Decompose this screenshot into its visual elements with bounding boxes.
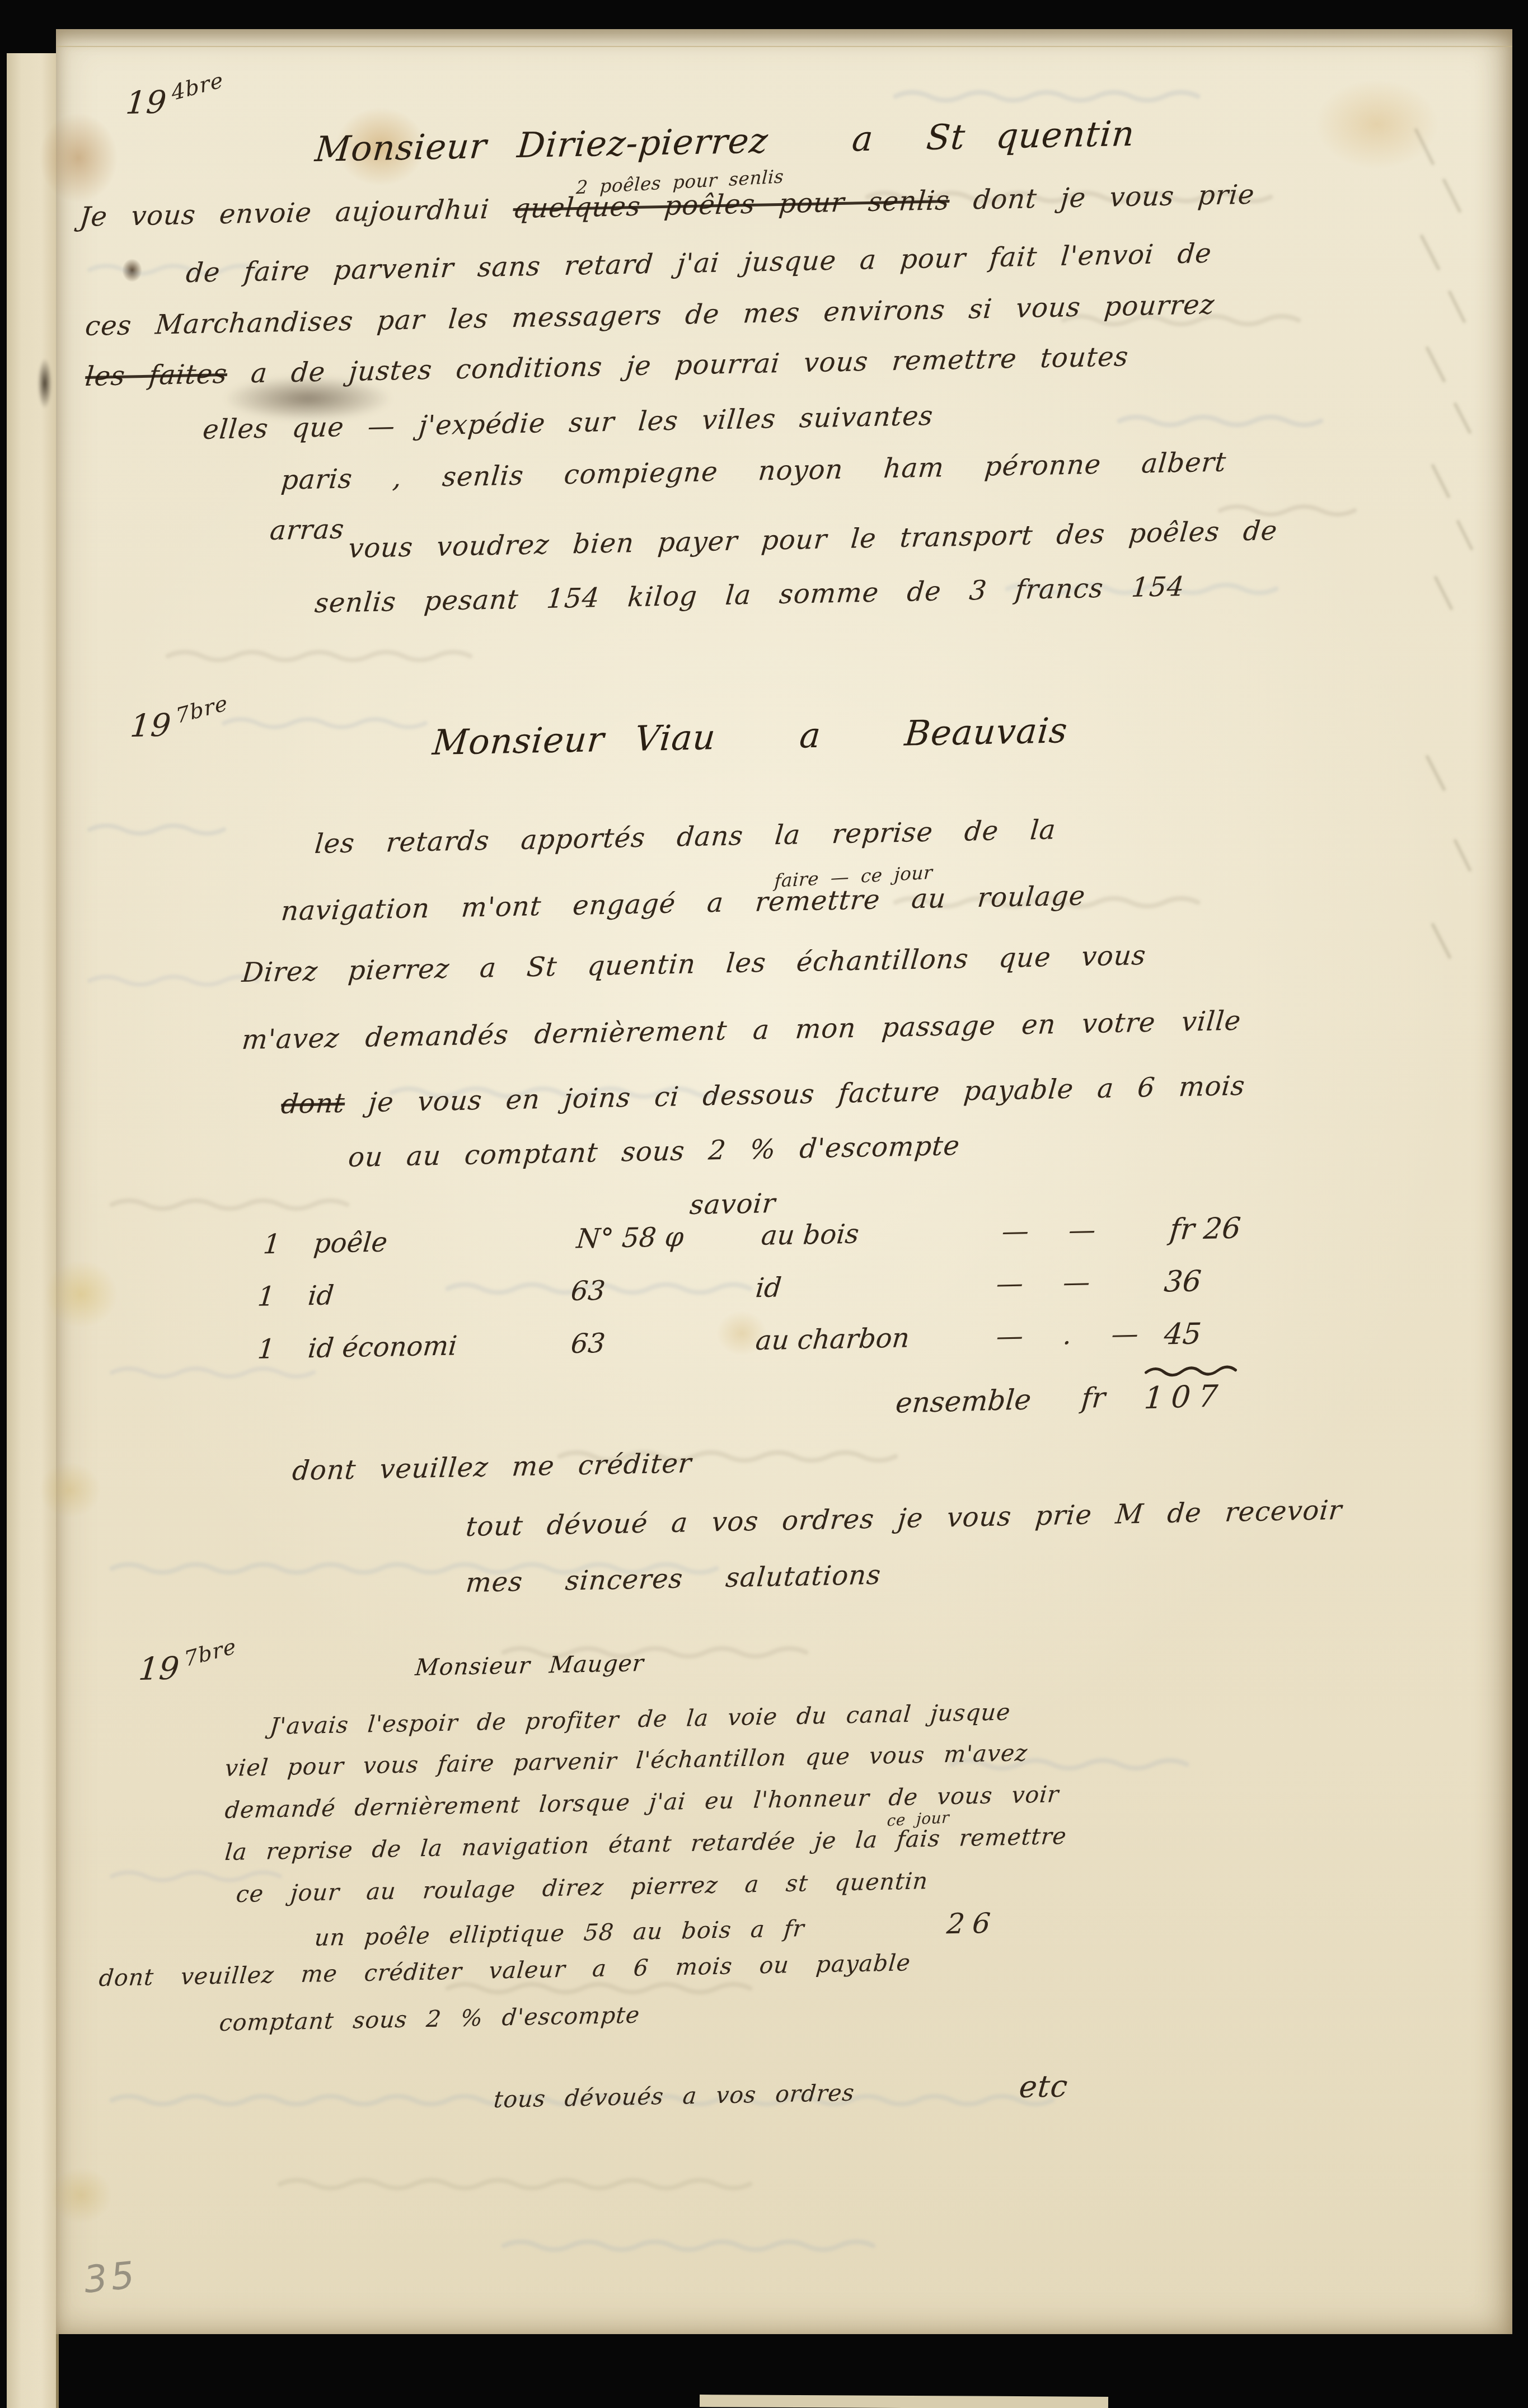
heading-preposition: a bbox=[798, 715, 823, 756]
invoice-qty: 1 bbox=[256, 1333, 309, 1367]
book-fore-edge bbox=[7, 53, 59, 2408]
closing-line: tous dévoués a vos ordres etc bbox=[493, 2068, 1070, 2115]
body-line: vous voudrez bien payer pour le transpor… bbox=[347, 515, 1279, 564]
line-text: Je vous envoie aujourdhui bbox=[78, 194, 491, 233]
correction-stack: faire — ce jour remettre bbox=[754, 884, 882, 917]
heading-preposition: a bbox=[850, 118, 875, 160]
invoice-desc: poêle bbox=[312, 1223, 578, 1261]
body-line: navigation m'ont engagé a faire — ce jou… bbox=[280, 880, 1087, 927]
correction-stack: ce jour la fais remettre bbox=[855, 1823, 1068, 1853]
body-line: un poêle elliptique 58 au bois a fr 26 bbox=[313, 1906, 1000, 1952]
invoice-qty: 1 bbox=[256, 1280, 309, 1315]
addressee-place: St quentin bbox=[925, 113, 1136, 158]
body-line: dont je vous en joins ci dessous facture… bbox=[280, 1070, 1246, 1120]
invoice-dash-leader: — — bbox=[1000, 1213, 1171, 1249]
letter-heading: Monsieur Diriez-pierrezaSt quentin bbox=[313, 113, 1136, 170]
body-line: Je vous envoie aujourdhui 2 poêles pour … bbox=[78, 179, 1256, 233]
body-line: la reprise de la navigation étant retard… bbox=[224, 1823, 1068, 1866]
body-line: viel pour vous faire parvenir l'échantil… bbox=[224, 1739, 1029, 1782]
letter-date: 197bre bbox=[137, 1649, 241, 1688]
body-line: comptant sous 2 % d'escompte bbox=[218, 2001, 641, 2036]
invoice-ref: 63 bbox=[569, 1325, 757, 1362]
fox-stain bbox=[1315, 79, 1438, 169]
invoice-dash-leader: — — bbox=[995, 1265, 1165, 1301]
invoice-ref: 63 bbox=[569, 1272, 757, 1309]
closing-line: mes sinceres salutations bbox=[465, 1559, 882, 1599]
date-day: 19 bbox=[129, 707, 173, 744]
date-month-abbrev: 7bre bbox=[174, 691, 229, 728]
invoice-price: fr 26 bbox=[1168, 1212, 1242, 1247]
body-line: arras bbox=[269, 513, 346, 546]
page-top-crease bbox=[56, 46, 1512, 47]
inserted-text: ce jour bbox=[886, 1808, 949, 1830]
invoice-total-row: ensemble fr 107 bbox=[894, 1378, 1227, 1422]
body-line: Direz pierrez a St quentin les échantill… bbox=[241, 940, 1147, 989]
sample-price: 26 bbox=[945, 1906, 1000, 1940]
line-text: un poêle elliptique 58 au bois a fr bbox=[313, 1915, 805, 1951]
body-line: les faites a de justes conditions je pou… bbox=[84, 341, 1130, 392]
binding-crack bbox=[38, 358, 52, 409]
invoice-desc: id économi bbox=[306, 1328, 572, 1366]
invoice-ref: N° 58 φ bbox=[575, 1220, 762, 1257]
body-line: m'avez demandés dernièrement a mon passa… bbox=[241, 1005, 1243, 1056]
date-day: 19 bbox=[137, 1650, 181, 1688]
body-line: ces Marchandises par les messagers de me… bbox=[84, 289, 1216, 342]
folio-number: 35 bbox=[82, 2253, 140, 2302]
struck-text: les faites bbox=[84, 358, 228, 392]
closing-flourish: etc bbox=[1018, 2068, 1069, 2105]
invoice-price: 36 bbox=[1163, 1264, 1202, 1299]
body-line: ou au comptant sous 2 % d'escompte bbox=[347, 1130, 962, 1173]
letter-date: 194bre bbox=[124, 83, 228, 121]
invoice-fuel: au charbon bbox=[754, 1321, 997, 1359]
total-tilde-stroke bbox=[1143, 1361, 1257, 1378]
correction-stack: 2 poêles pour senlis quelques poêles pou… bbox=[512, 185, 951, 224]
invoice-fuel: id bbox=[754, 1268, 997, 1306]
fox-stain bbox=[122, 259, 142, 282]
addressee-name: Monsieur Diriez-pierrez bbox=[313, 120, 770, 170]
line-text: je vous en joins ci dessous facture paya… bbox=[367, 1070, 1246, 1118]
letter-date: 197bre bbox=[129, 706, 233, 744]
struck-text: dont bbox=[280, 1088, 346, 1120]
body-line: elles que — j'expédie sur les villes sui… bbox=[201, 400, 935, 446]
invoice-fuel: au bois bbox=[760, 1216, 1003, 1254]
line-text: dont je vous prie bbox=[972, 179, 1256, 216]
body-line: les retards apportés dans la reprise de … bbox=[313, 814, 1057, 860]
savoir-label: savoir bbox=[688, 1188, 777, 1221]
body-line: de faire parvenir sans retard j'ai jusqu… bbox=[185, 238, 1213, 289]
total-label: ensemble bbox=[894, 1383, 1033, 1422]
scan-background: 194bre Monsieur Diriez-pierrezaSt quenti… bbox=[0, 0, 1528, 2408]
invoice-price: 45 bbox=[1163, 1317, 1202, 1351]
letter-heading: Monsieur Mauger bbox=[414, 1650, 645, 1681]
body-line: senlis pesant 154 kilog la somme de 3 fr… bbox=[313, 571, 1186, 619]
invoice-desc: id bbox=[306, 1276, 572, 1314]
line-text: a de justes conditions je pourrai vous r… bbox=[250, 341, 1130, 389]
closing-line: dont veuillez me créditer bbox=[291, 1447, 693, 1487]
body-line-cities: paris , senlis compiegne noyon ham péron… bbox=[280, 446, 1227, 496]
manuscript-page: 194bre Monsieur Diriez-pierrezaSt quenti… bbox=[56, 29, 1512, 2334]
body-line: J'avais l'espoir de profiter de la voie … bbox=[269, 1699, 1011, 1740]
total-value: 107 bbox=[1143, 1378, 1227, 1416]
fox-stain bbox=[45, 1261, 118, 1328]
line-text: au roulage bbox=[910, 880, 1086, 915]
total-currency: fr bbox=[1080, 1381, 1107, 1417]
addressee-name: Monsieur Viau bbox=[431, 716, 718, 763]
body-line: ce jour au roulage direz pierrez a st qu… bbox=[235, 1867, 929, 1908]
under-page-edge bbox=[700, 2395, 1108, 2408]
invoice-qty: 1 bbox=[262, 1228, 315, 1263]
addressee-place: Beauvais bbox=[903, 710, 1070, 754]
date-month-abbrev: 7bre bbox=[182, 1634, 238, 1671]
fox-stain bbox=[50, 2167, 112, 2223]
date-day: 19 bbox=[124, 84, 168, 121]
line-text: tous dévoués a vos ordres bbox=[493, 2079, 856, 2113]
closing-line: tout dévoué a vos ordres je vous prie M … bbox=[465, 1495, 1343, 1543]
invoice-row: 1 id économi 63 au charbon — . — 45 bbox=[256, 1317, 1202, 1367]
line-text: navigation m'ont engagé a bbox=[280, 887, 725, 927]
date-month-abbrev: 4bre bbox=[170, 68, 225, 105]
invoice-row: 1 id 63 id — — 36 bbox=[256, 1264, 1202, 1315]
addressee-name: Monsieur Mauger bbox=[414, 1650, 645, 1681]
letter-heading: Monsieur ViauaBeauvais bbox=[431, 710, 1070, 763]
invoice-dash-leader: — . — bbox=[995, 1318, 1165, 1354]
body-line: dont veuillez me créditer valeur a 6 moi… bbox=[98, 1949, 912, 1992]
line-text: la reprise de la navigation étant retard… bbox=[224, 1827, 838, 1866]
total-number: 107 bbox=[1143, 1378, 1227, 1416]
